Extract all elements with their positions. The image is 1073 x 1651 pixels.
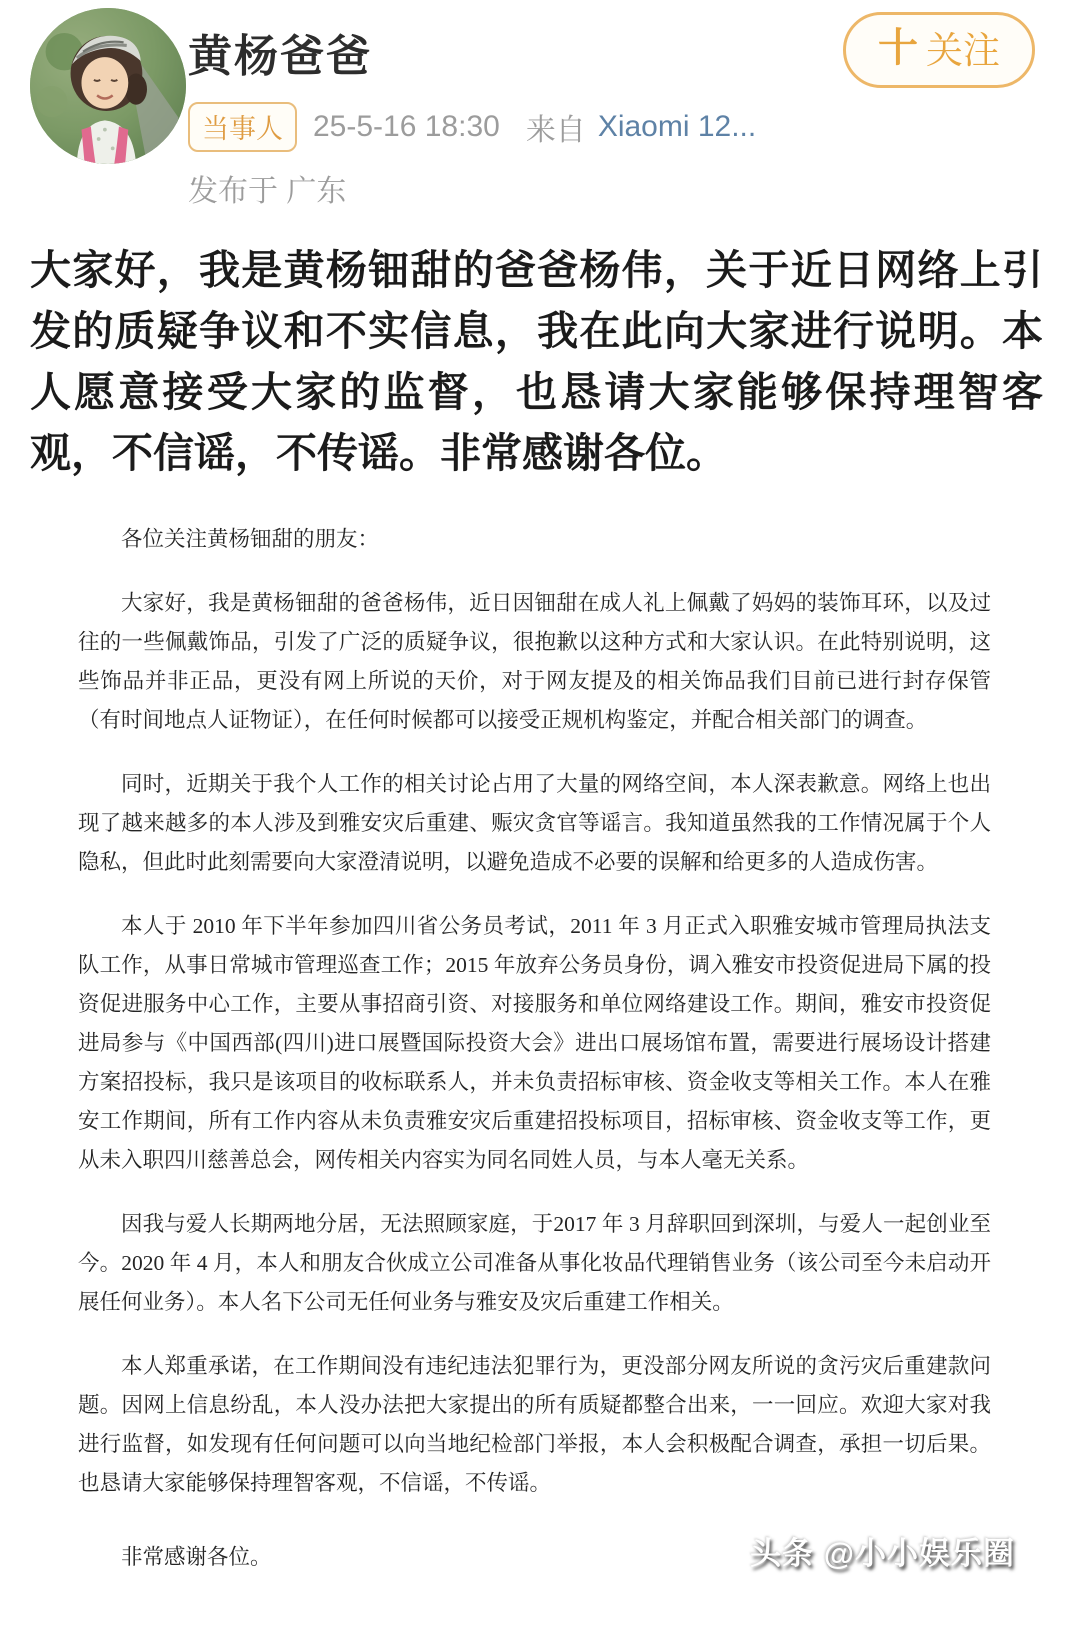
source-prefix-label: 来自 — [526, 105, 586, 149]
plus-icon: 十 — [878, 28, 918, 68]
statement-letter: 各位关注黄杨钿甜的朋友： 大家好，我是黄杨钿甜的爸爸杨伟，近日因钿甜在成人礼上佩… — [0, 520, 1073, 1503]
party-badge: 当事人 — [188, 102, 297, 152]
post-header: 黄杨爸爸 当事人 25-5-16 18:30 来自 Xiaomi 12... 发… — [0, 0, 1073, 210]
letter-paragraph: 因我与爱人长期两地分居，无法照顾家庭，于2017 年 3 月辞职回到深圳，与爱人… — [78, 1205, 991, 1322]
follow-button-label: 关注 — [926, 32, 1000, 69]
post-timestamp: 25-5-16 18:30 — [313, 110, 500, 144]
avatar[interactable] — [30, 8, 186, 164]
letter-closing: 非常感谢各位。 — [121, 1540, 272, 1571]
letter-paragraph: 大家好，我是黄杨钿甜的爸爸杨伟，近日因钿甜在成人礼上佩戴了妈妈的装饰耳环，以及过… — [78, 584, 991, 740]
follow-button[interactable]: 十 关注 — [843, 12, 1035, 88]
girl-avatar-image — [30, 8, 186, 164]
post-location: 发布于 广东 — [188, 166, 1043, 210]
source-device-link[interactable]: Xiaomi 12... — [598, 110, 756, 144]
letter-paragraph: 本人郑重承诺，在工作期间没有违纪违法犯罪行为，更没部分网友所说的贪污灾后重建款问… — [78, 1347, 991, 1503]
letter-paragraph: 同时，近期关于我个人工作的相关讨论占用了大量的网络空间，本人深表歉意。网络上也出… — [78, 765, 991, 882]
post-summary-text: 大家好，我是黄杨钿甜的爸爸杨伟，关于近日网络上引发的质疑争议和不实信息，我在此向… — [30, 240, 1043, 484]
letter-salutation: 各位关注黄杨钿甜的朋友： — [78, 520, 991, 559]
letter-paragraph: 本人于 2010 年下半年参加四川省公务员考试，2011 年 3 月正式入职雅安… — [78, 907, 991, 1180]
watermark: 头条 @小小娱乐圈 — [750, 1528, 1015, 1573]
